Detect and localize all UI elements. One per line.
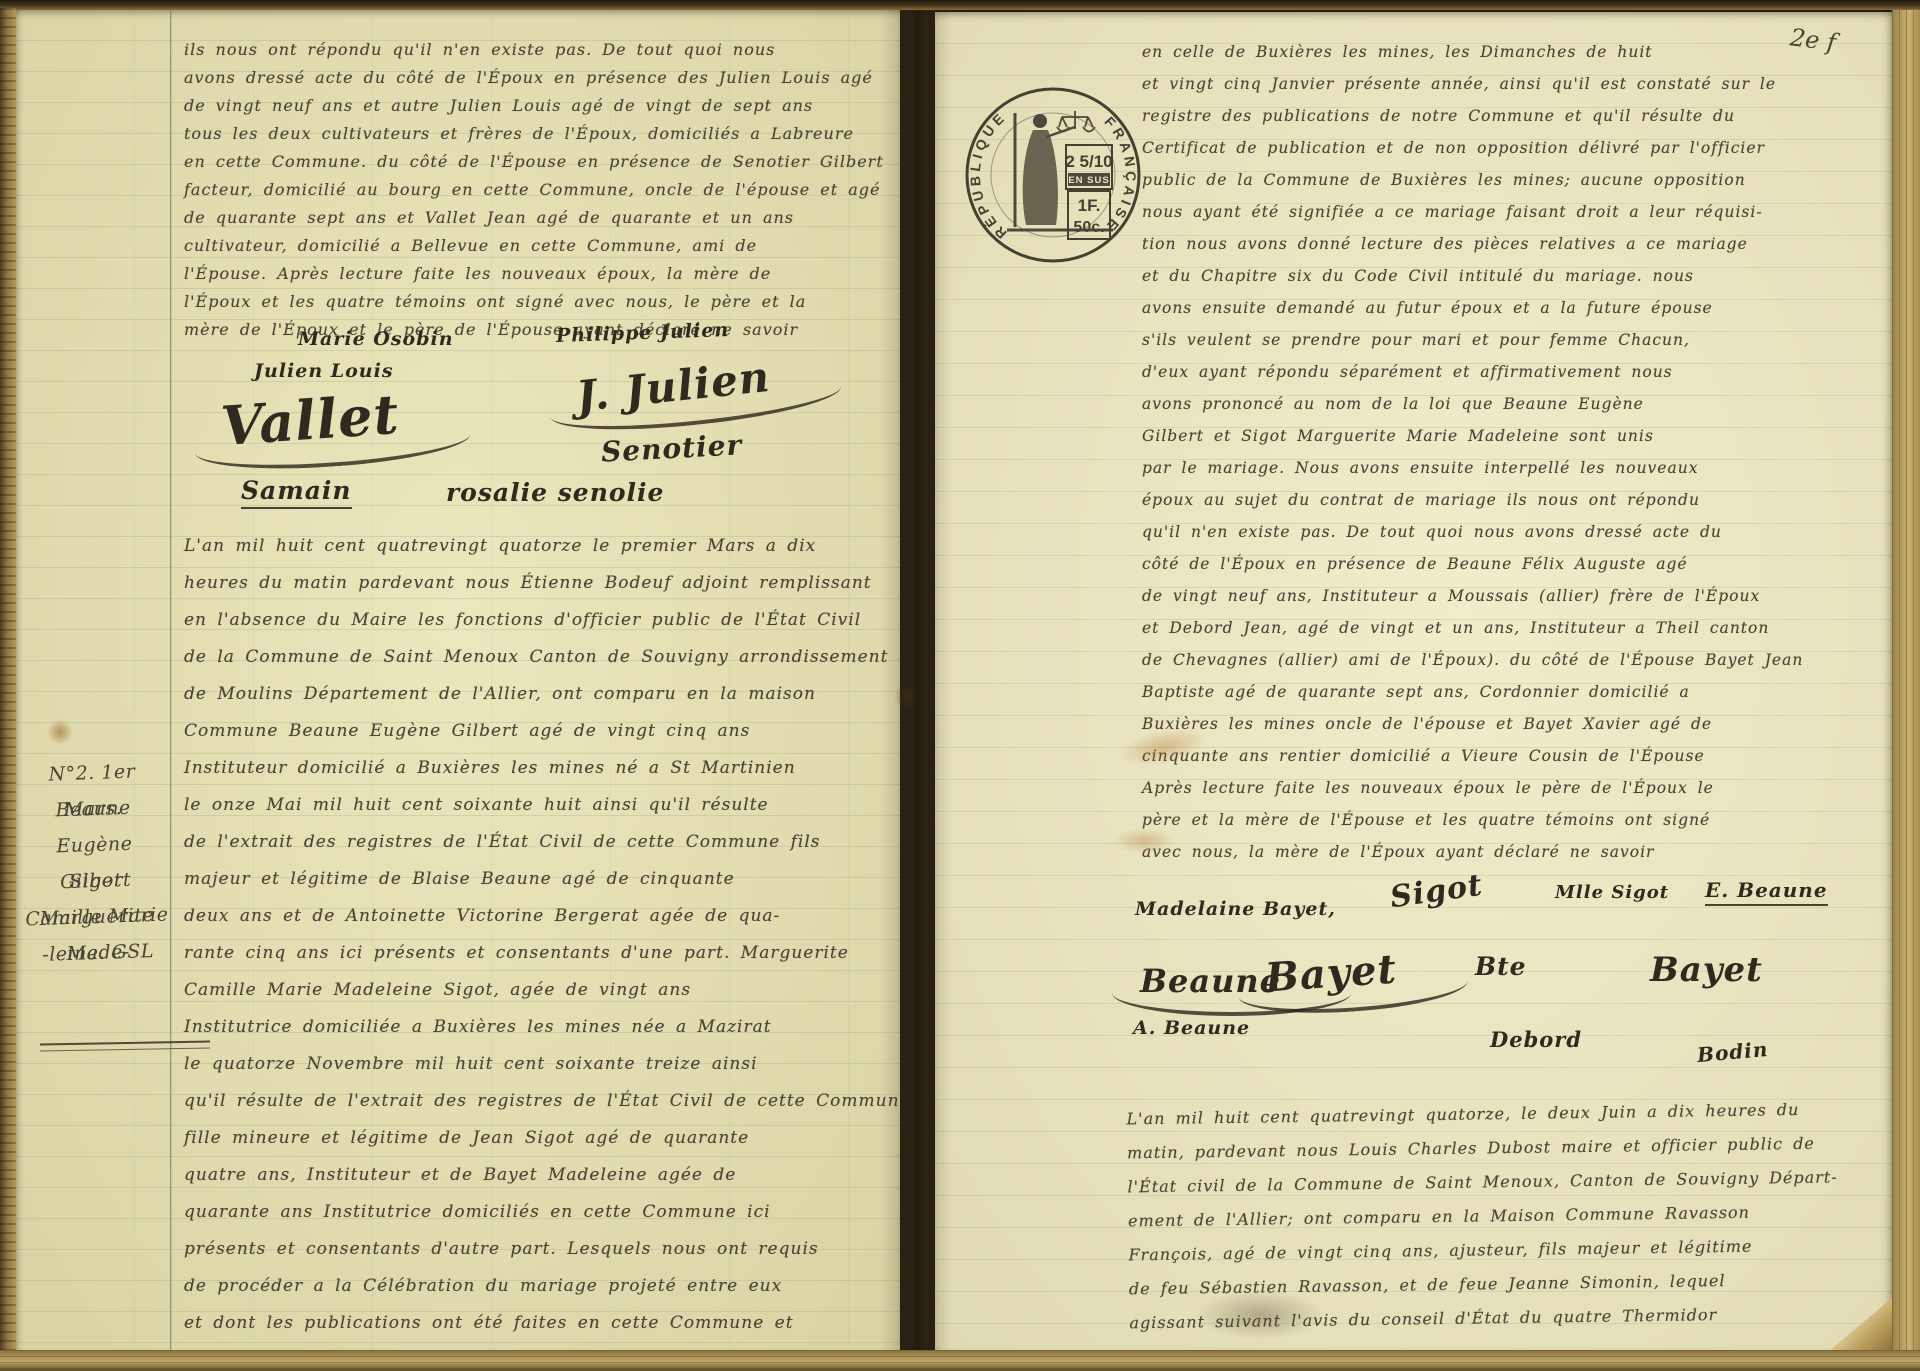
page-stack-left-edge <box>0 8 16 1371</box>
handwritten-line: Baptiste agé de quarante sept ans, Cordo… <box>1142 676 1887 708</box>
handwritten-line: avons dressé acte du côté de l'Époux en … <box>184 64 896 92</box>
handwritten-line: N°2. 1er Mars. <box>16 752 167 793</box>
handwritten-line: côté de l'Époux en présence de Beaune Fé… <box>1142 548 1887 580</box>
handwritten-line: quarante ans Institutrice domiciliés en … <box>184 1194 896 1231</box>
handwritten-line: s'ils veulent se prendre pour mari et po… <box>1142 324 1887 356</box>
handwritten-line: Beaune <box>18 788 169 829</box>
signature-rosalie-senolie: rosalie senolie <box>446 478 664 507</box>
handwritten-line: registre des publications de notre Commu… <box>1142 100 1887 132</box>
handwritten-line: Certificat de publication et de non oppo… <box>1142 132 1887 164</box>
signature-a-beaune: A. Beaune <box>1133 1017 1250 1039</box>
handwritten-line: public de la Commune de Buxières les min… <box>1142 164 1887 196</box>
book-top-edge <box>0 0 1920 10</box>
handwritten-line: Gilbert et Sigot Marguerite Marie Madele… <box>1142 420 1887 452</box>
handwritten-line: facteur, domicilié au bourg en cette Com… <box>184 176 896 204</box>
margin-rule-line <box>170 10 171 1350</box>
handwritten-line: l'Épouse. Après lecture faite les nouvea… <box>184 260 896 288</box>
signature-bayet-flourish-2: Bayet <box>1650 950 1763 990</box>
civil-registry-book-scan: N°2. 1er Mars.BeauneEugène GilbertSigot … <box>0 0 1920 1371</box>
handwritten-line: Commune Beaune Eugène Gilbert agé de vin… <box>184 713 896 750</box>
handwritten-line: tous les deux cultivateurs et frères de … <box>184 120 896 148</box>
handwritten-line: l'Époux et les quatre témoins ont signé … <box>184 288 896 316</box>
handwritten-line: le quatorze Novembre mil huit cent soixa… <box>184 1046 896 1083</box>
handwritten-line: Instituteur domicilié a Buxières les min… <box>184 750 896 787</box>
signature-j-julien: J. Julien <box>574 352 772 421</box>
stamp-value-franc: 1F. <box>1078 196 1101 215</box>
signature-senotier: Senotier <box>600 428 743 468</box>
handwritten-line: avons ensuite demandé au futur époux et … <box>1142 292 1887 324</box>
handwritten-line: Institutrice domiciliée a Buxières les m… <box>184 1009 896 1046</box>
handwritten-line: -leine. GSL <box>23 932 174 973</box>
handwritten-line: avons prononcé au nom de la loi que Beau… <box>1142 388 1887 420</box>
handwritten-line: rante cinq ans ici présents et consentan… <box>184 935 896 972</box>
handwritten-line: d'eux ayant répondu séparément et affirm… <box>1142 356 1887 388</box>
stamp-arc-republique: RÉPUBLIQUE <box>967 108 1010 242</box>
handwritten-line: et vingt cinq Janvier présente année, ai… <box>1142 68 1887 100</box>
signature-bte: Bte <box>1475 952 1527 981</box>
handwritten-line: en celle de Buxières les mines, les Dima… <box>1142 36 1887 68</box>
handwritten-line: en l'absence du Maire les fonctions d'of… <box>184 602 896 639</box>
handwritten-line: Camille Marie Madeleine Sigot, agée de v… <box>184 972 896 1009</box>
handwritten-line: ils nous ont répondu qu'il n'en existe p… <box>184 36 896 64</box>
handwritten-line: présents et consentants d'autre part. Le… <box>184 1231 896 1268</box>
handwritten-line: Eugène Gilbert <box>19 824 170 865</box>
handwritten-line: par le mariage. Nous avons ensuite inter… <box>1142 452 1887 484</box>
handwritten-line: mère de l'Époux et le père de l'Épouse a… <box>184 316 896 344</box>
signature-samain: Samain <box>241 476 352 509</box>
signature-e-beaune: E. Beaune <box>1705 878 1828 906</box>
handwritten-line: de la Commune de Saint Menoux Canton de … <box>184 639 896 676</box>
handwritten-line: fille mineure et légitime de Jean Sigot … <box>184 1120 896 1157</box>
handwritten-line: tion nous avons donné lecture des pièces… <box>1142 228 1887 260</box>
handwritten-line: quatre ans, Instituteur et de Bayet Made… <box>184 1157 896 1194</box>
signature-sigot-flourish: Sigot <box>1388 868 1485 916</box>
record-1-closing-text: ils nous ont répondu qu'il n'en existe p… <box>184 36 896 344</box>
handwritten-line: de procéder a la Célébration du mariage … <box>184 1268 896 1305</box>
record-3-opening-text: L'an mil huit cent quatrevingt quatorze,… <box>1126 1092 1892 1341</box>
signature-bodin: Bodin <box>1696 1037 1769 1067</box>
handwritten-line: de vingt neuf ans, Instituteur a Moussai… <box>1142 580 1887 612</box>
handwritten-line: le onze Mai mil huit cent soixante huit … <box>184 787 896 824</box>
margin-note: N°2. 1er Mars.BeauneEugène GilbertSigot … <box>16 752 173 973</box>
handwritten-line: Après lecture faite les nouveaux époux l… <box>1142 772 1887 804</box>
signature-mlle-sigot: Mlle Sigot <box>1555 882 1669 903</box>
handwritten-line: majeur et légitime de Blaise Beaune agé … <box>184 861 896 898</box>
stamp-value-band: EN SUS <box>1068 175 1109 186</box>
handwritten-line: et dont les publications ont été faites … <box>184 1305 896 1342</box>
handwritten-line: qu'il résulte de l'extrait des registres… <box>184 1083 896 1120</box>
page-stack-bottom-edge <box>0 1350 1920 1371</box>
handwritten-line: époux au sujet du contrat de mariage ils… <box>1142 484 1887 516</box>
handwritten-line: père et la mère de l'Épouse et les quatr… <box>1142 804 1887 836</box>
handwritten-line: cultivateur, domicilié a Bellevue en cet… <box>184 232 896 260</box>
handwritten-line: Camille Marie Made- <box>21 896 172 937</box>
svg-text:RÉPUBLIQUE: RÉPUBLIQUE <box>967 108 1010 242</box>
signature-bayet-flourish-1: Bayet <box>1264 945 1399 1001</box>
handwritten-line: deux ans et de Antoinette Victorine Berg… <box>184 898 896 935</box>
stamp-value-cent: 50c. <box>1073 219 1104 236</box>
handwritten-line: avec nous, la mère de l'Époux ayant décl… <box>1142 836 1887 868</box>
left-page: N°2. 1er Mars.BeauneEugène GilbertSigot … <box>16 10 900 1350</box>
signature-marie-osobin: Marie Osobin <box>298 328 454 350</box>
handwritten-line: en cette Commune. du côté de l'Épouse en… <box>184 148 896 176</box>
handwritten-line: Sigot Marguerite <box>20 860 171 901</box>
handwritten-line: de Moulins Département de l'Allier, ont … <box>184 676 896 713</box>
signature-madelaine-bayet: Madelaine Bayet, <box>1135 898 1336 920</box>
record-2-text: L'an mil huit cent quatrevingt quatorze … <box>184 528 896 1342</box>
handwritten-line: nous ayant été signifiée a ce mariage fa… <box>1142 196 1887 228</box>
handwritten-line: Buxières les mines oncle de l'épouse et … <box>1142 708 1887 740</box>
handwritten-line: de Chevagnes (allier) ami de l'Époux). d… <box>1142 644 1887 676</box>
handwritten-line: de l'extrait des registres de l'État Civ… <box>184 824 896 861</box>
revenue-stamp: RÉPUBLIQUE FRANÇAISE <box>963 85 1143 265</box>
record-2-continuation-text: en celle de Buxières les mines, les Dima… <box>1142 36 1887 868</box>
signature-julien-louis: Julien Louis <box>254 360 394 382</box>
signature-vallet: Vallet <box>219 382 401 458</box>
handwritten-line: de vingt neuf ans et autre Julien Louis … <box>184 92 896 120</box>
handwritten-line: cinquante ans rentier domicilié a Vieure… <box>1142 740 1887 772</box>
stamp-value-top: 2 5/10 <box>1065 152 1112 171</box>
signature-debord: Debord <box>1490 1027 1582 1052</box>
handwritten-line: et du Chapitre six du Code Civil intitul… <box>1142 260 1887 292</box>
handwritten-line: et Debord Jean, agé de vingt et un ans, … <box>1142 612 1887 644</box>
handwritten-line: qu'il n'en existe pas. De tout quoi nous… <box>1142 516 1887 548</box>
handwritten-line: L'an mil huit cent quatrevingt quatorze … <box>184 528 896 565</box>
handwritten-line: de quarante sept ans et Vallet Jean agé … <box>184 204 896 232</box>
page-stack-right-edge <box>1892 10 1920 1371</box>
right-page: 2e f RÉPUBLIQUE FRANÇAISE <box>935 12 1892 1350</box>
handwritten-line: heures du matin pardevant nous Étienne B… <box>184 565 896 602</box>
